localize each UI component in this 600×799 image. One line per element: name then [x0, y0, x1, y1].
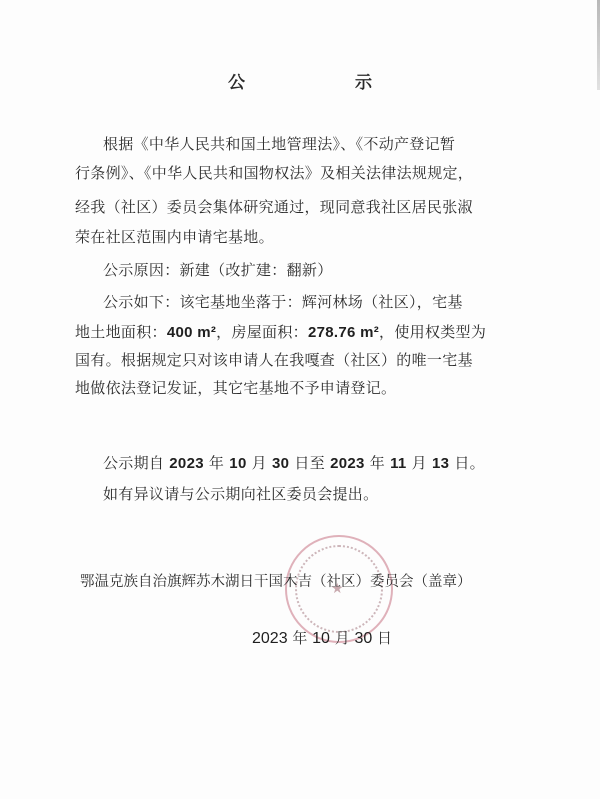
notice-period: 公示期自 2023 年 10 月 30 日至 2023 年 11 月 13 日。: [103, 452, 485, 473]
sign-year: 2023: [252, 630, 288, 647]
details-line2: 地土地面积：400 m²，房屋面积：278.76 m²，使用权类型为: [75, 321, 486, 342]
period-start-month: 10: [229, 455, 246, 472]
details-line4: 地做依法登记发证，其它宅基地不予申请登记。: [75, 377, 396, 398]
house-area-label: ，房屋面积：: [216, 323, 308, 341]
period-end-day: 13: [432, 455, 449, 472]
notice-document: 公示 根据《中华人民共和国土地管理法》、《不动产登记暂 行条例》、《中华人民共和…: [0, 0, 600, 799]
signature-date: 2023 年 10 月 30 日: [252, 627, 392, 648]
period-start-year: 2023: [169, 455, 204, 472]
notice-reason: 公示原因：新建（改扩建：翻新）: [103, 259, 333, 280]
title-char-1: 公: [228, 68, 245, 93]
sign-day: 30: [354, 630, 372, 647]
land-area-label: 地土地面积：: [75, 323, 167, 341]
paragraph1-line2: 行条例》、《中华人民共和国物权法》及相关法律法规规定，: [75, 162, 473, 183]
title-char-2: 示: [355, 68, 372, 93]
objection-note: 如有异议请与公示期向社区委员会提出。: [103, 483, 378, 504]
period-end-month: 11: [390, 455, 406, 472]
details-line3: 国有。根据规定只对该申请人在我嘎查（社区）的唯一宅基: [75, 349, 473, 370]
house-area-value: 278.76 m²: [308, 324, 379, 341]
document-title: 公示: [0, 68, 600, 93]
paragraph1-line1: 根据《中华人民共和国土地管理法》、《不动产登记暂: [103, 133, 455, 154]
paragraph1-line3: 经我（社区）委员会集体研究通过，现同意我社区居民张淑: [75, 196, 473, 217]
sign-month: 10: [312, 630, 330, 647]
land-area-value: 400 m²: [167, 324, 216, 341]
paragraph1-line4: 荣在社区范围内申请宅基地。: [75, 226, 274, 247]
period-start-day: 30: [272, 455, 289, 472]
signatory-committee: 鄂温克族自治旗辉苏木湖日干国木吉（社区）委员会（盖章）: [80, 570, 472, 591]
period-end-year: 2023: [330, 455, 365, 472]
usage-type-label: ，使用权类型为: [379, 323, 486, 341]
details-line1: 公示如下：该宅基地坐落于：辉河林场（社区），宅基: [103, 291, 463, 312]
